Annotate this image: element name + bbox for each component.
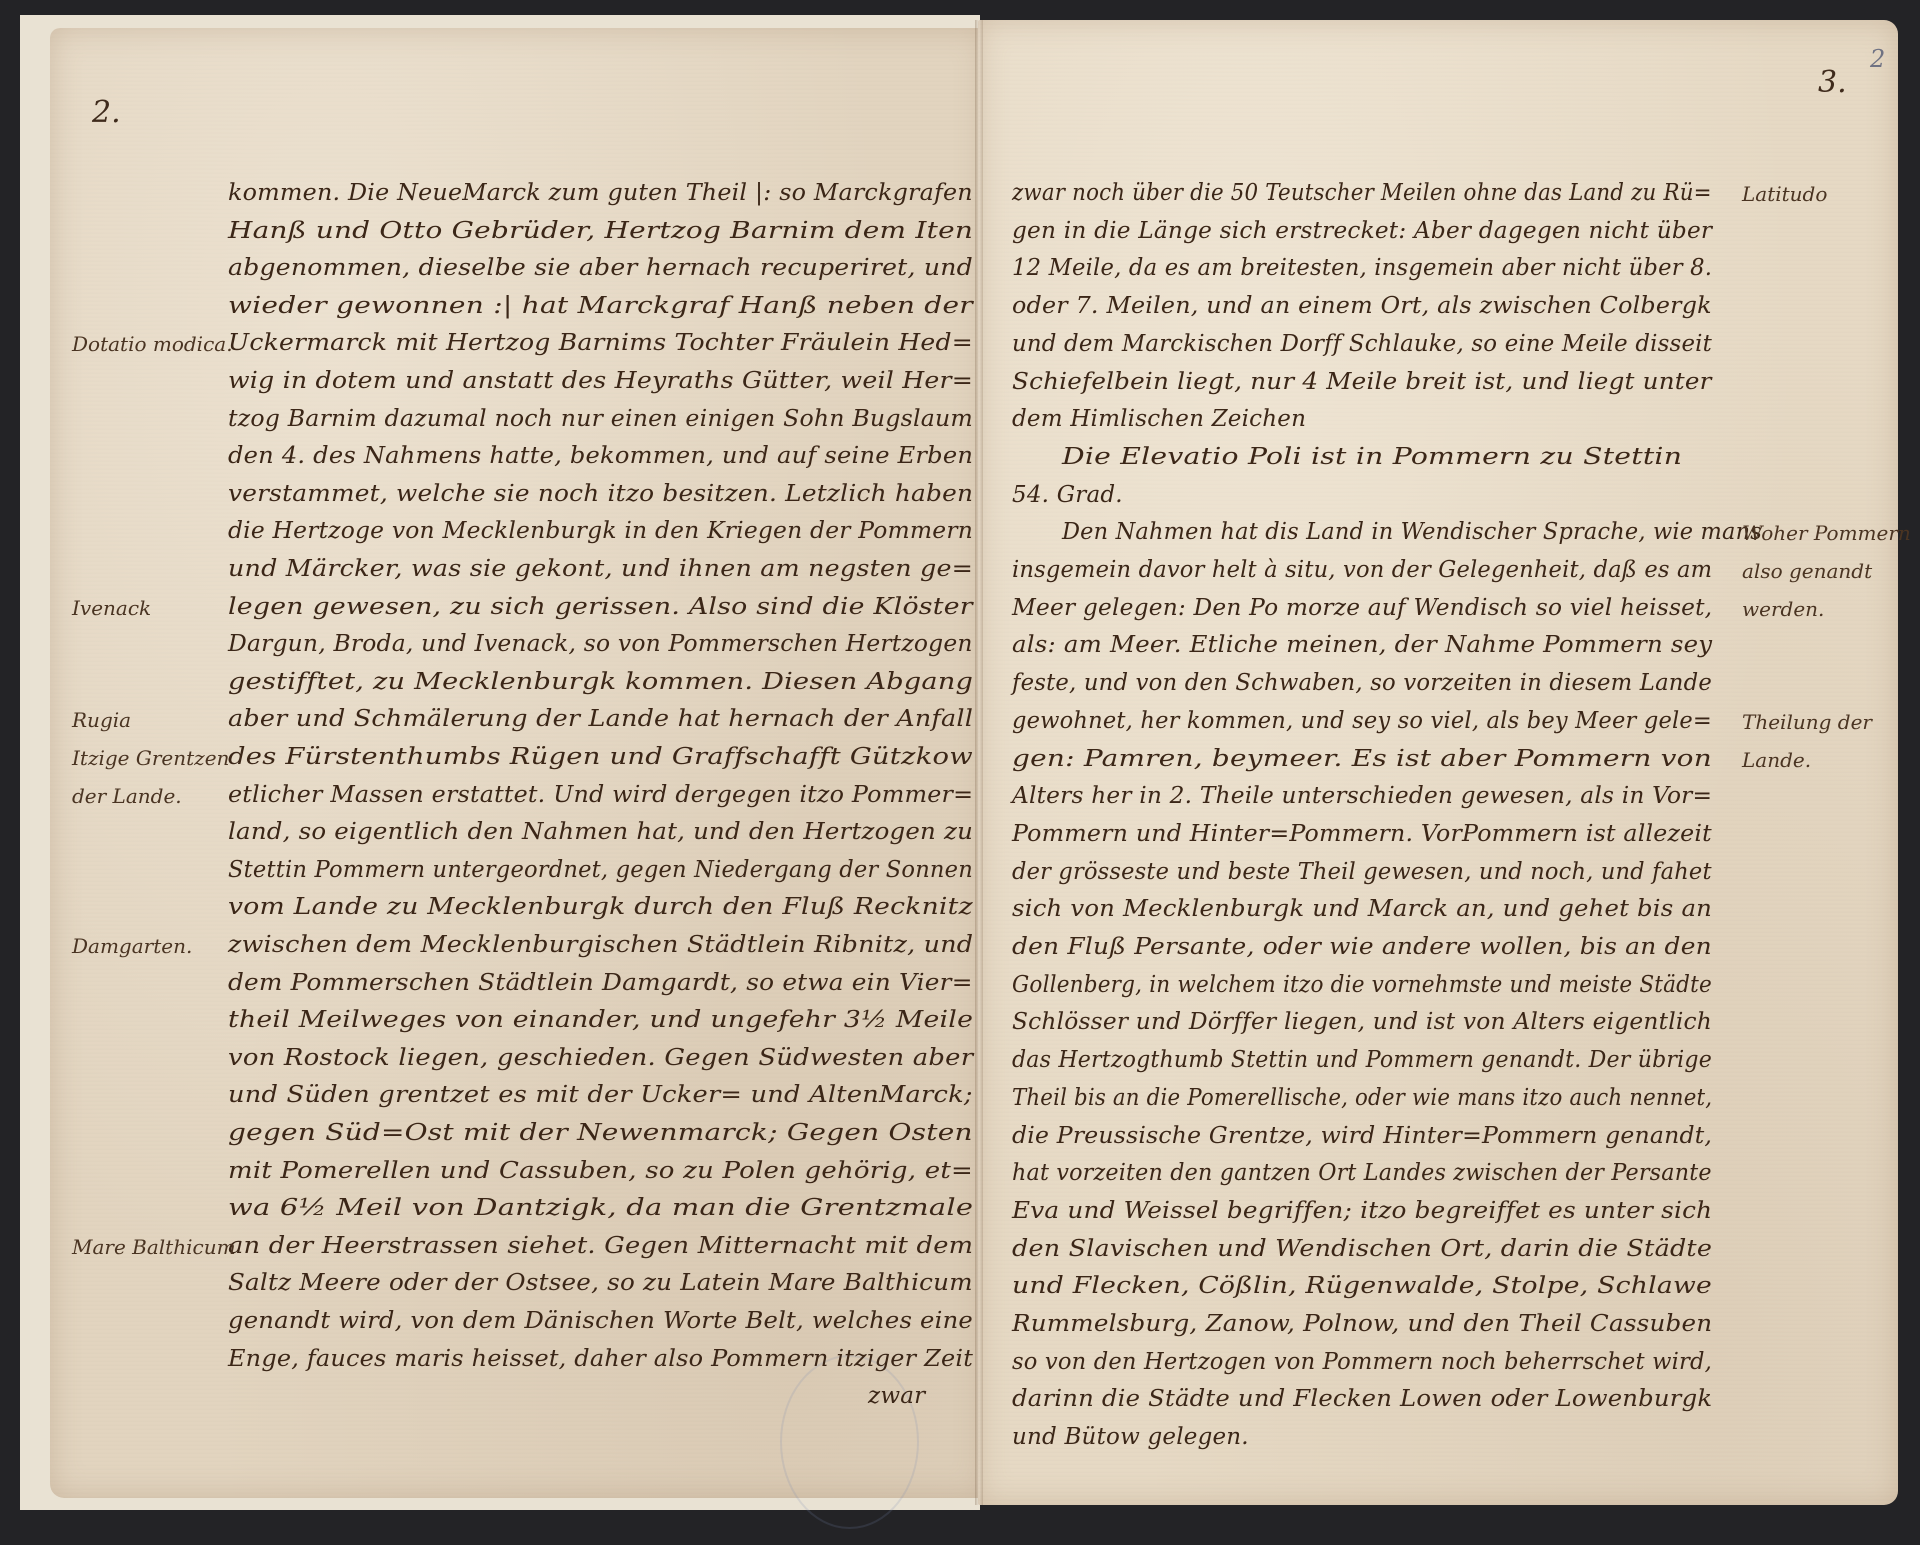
right-margin-note: Latitudo	[1742, 182, 1827, 206]
right-line: 54. Grad.	[1012, 482, 1123, 508]
left-margin-note: Ivenack	[72, 596, 151, 620]
left-line: Dargun, Broda, und Ivenack, so von Pomme…	[228, 631, 973, 657]
right-line: darinn die Städte und Flecken Lowen oder…	[1012, 1386, 1712, 1412]
left-line: und Märcker, was sie gekont, und ihnen a…	[228, 556, 973, 582]
right-line: der grösseste und beste Theil gewesen, u…	[1012, 859, 1712, 885]
left-line: gegen Süd=Ost mit der Newenmarck; Gegen …	[228, 1120, 973, 1146]
right-margin-note: Lande.	[1742, 748, 1811, 772]
right-line: dem Himlischen Zeichen	[1012, 406, 1306, 432]
right-folio-number: 3.	[1818, 65, 1847, 100]
left-line: aber und Schmälerung der Lande hat herna…	[228, 706, 973, 732]
right-line: Eva und Weissel begriffen; itzo begreiff…	[1012, 1198, 1712, 1224]
left-line: Uckermarck mit Hertzog Barnims Tochter F…	[228, 330, 973, 356]
left-line: Enge, fauces maris heisset, daher also P…	[228, 1346, 973, 1372]
right-margin-note: also genandt	[1742, 559, 1872, 583]
left-line: wig in dotem und anstatt des Heyraths Gü…	[228, 368, 973, 394]
right-line: Meer gelegen: Den Po morze auf Wendisch …	[1012, 595, 1712, 621]
left-margin-note: Dotatio modica.	[72, 332, 233, 356]
right-line: gen: Pamren, beymeer. Es ist aber Pommer…	[1012, 746, 1712, 772]
left-line: genandt wird, von dem Dänischen Worte Be…	[228, 1308, 973, 1334]
right-line: Alters her in 2. Theile unterschieden ge…	[1012, 783, 1712, 809]
left-line: wieder gewonnen :| hat Marckgraf Hanß ne…	[228, 293, 973, 319]
left-line: legen gewesen, zu sich gerissen. Also si…	[228, 594, 973, 620]
left-line: gestifftet, zu Mecklenburgk kommen. Dies…	[228, 669, 973, 695]
right-line: das Hertzogthumb Stettin und Pommern gen…	[1012, 1047, 1712, 1073]
right-line: Schiefelbein liegt, nur 4 Meile breit is…	[1012, 369, 1712, 395]
binding-gutter	[975, 20, 983, 1505]
left-line: etlicher Massen erstattet. Und wird derg…	[228, 782, 973, 808]
right-line: Gollenberg, in welchem itzo die vornehms…	[1012, 972, 1712, 998]
left-line: land, so eigentlich den Nahmen hat, und …	[228, 819, 973, 845]
right-line: Den Nahmen hat dis Land in Wendischer Sp…	[1062, 519, 1762, 545]
faint-library-stamp	[780, 1355, 919, 1529]
left-margin-note: Damgarten.	[72, 934, 192, 958]
right-line: Theil bis an die Pomerellische, oder wie…	[1012, 1085, 1712, 1111]
left-line: verstammet, welche sie noch itzo besitze…	[228, 481, 973, 507]
left-margin-note: Mare Balthicum	[72, 1235, 236, 1259]
right-line: den Slavischen und Wendischen Ort, darin…	[1012, 1236, 1712, 1262]
right-line: Die Elevatio Poli ist in Pommern zu Stet…	[1062, 444, 1682, 470]
left-line: mit Pomerellen und Cassuben, so zu Polen…	[228, 1158, 973, 1184]
right-margin-note: Theilung der	[1742, 710, 1872, 734]
right-line: und Bütow gelegen.	[1012, 1424, 1249, 1450]
archive-pencil-number: 2	[1870, 45, 1885, 73]
left-line: zwar	[868, 1383, 925, 1409]
left-line: zwischen dem Mecklenburgischen Städtlein…	[228, 932, 973, 958]
left-line: Hanß und Otto Gebrüder, Hertzog Barnim d…	[228, 218, 973, 244]
right-line: sich von Mecklenburgk und Marck an, und …	[1012, 896, 1712, 922]
left-margin-note: Itzige Grentzen	[72, 746, 229, 770]
right-line: und dem Marckischen Dorff Schlauke, so e…	[1012, 331, 1712, 357]
left-line: die Hertzoge von Mecklenburgk in den Kri…	[228, 518, 973, 544]
right-margin-note: werden.	[1742, 597, 1824, 621]
left-line: wa 6½ Meil von Dantzigk, da man die Gren…	[228, 1195, 973, 1221]
right-line: gewohnet, her kommen, und sey so viel, a…	[1012, 708, 1712, 734]
left-line: dem Pommerschen Städtlein Damgardt, so e…	[228, 970, 973, 996]
right-line: oder 7. Meilen, und an einem Ort, als zw…	[1012, 293, 1712, 319]
right-margin-note: Woher Pommern	[1742, 521, 1911, 545]
right-line: hat vorzeiten den gantzen Ort Landes zwi…	[1012, 1160, 1712, 1186]
right-line: und Flecken, Cößlin, Rügenwalde, Stolpe,…	[1012, 1273, 1712, 1299]
right-line: Schlösser und Dörffer liegen, und ist vo…	[1012, 1009, 1712, 1035]
right-line: gen in die Länge sich erstrecket: Aber d…	[1012, 218, 1712, 244]
left-line: abgenommen, dieselbe sie aber hernach re…	[228, 255, 973, 281]
left-line: kommen. Die NeueMarck zum guten Theil |:…	[228, 180, 973, 206]
left-margin-note: der Lande.	[72, 784, 182, 808]
right-line: feste, und von den Schwaben, so vorzeite…	[1012, 670, 1712, 696]
left-line: theil Meilweges von einander, und ungefe…	[228, 1007, 973, 1033]
left-line: des Fürstenthumbs Rügen und Graffschafft…	[228, 744, 973, 770]
right-line: den Fluß Persante, oder wie andere wolle…	[1012, 934, 1712, 960]
right-line: zwar noch über die 50 Teutscher Meilen o…	[1012, 180, 1712, 206]
right-line: insgemein davor helt à situ, von der Gel…	[1012, 557, 1712, 583]
right-line: die Preussische Grentze, wird Hinter=Pom…	[1012, 1123, 1712, 1149]
left-line: von Rostock liegen, geschieden. Gegen Sü…	[228, 1045, 973, 1071]
right-line: Rummelsburg, Zanow, Polnow, und den Thei…	[1012, 1311, 1712, 1337]
left-line: den 4. des Nahmens hatte, bekommen, und …	[228, 443, 973, 469]
left-line: tzog Barnim dazumal noch nur einen einig…	[228, 406, 973, 432]
left-line: vom Lande zu Mecklenburgk durch den Fluß…	[228, 894, 973, 920]
left-line: Stettin Pommern untergeordnet, gegen Nie…	[228, 857, 973, 883]
left-line: Saltz Meere oder der Ostsee, so zu Latei…	[228, 1270, 973, 1296]
right-line: als: am Meer. Etliche meinen, der Nahme …	[1012, 632, 1712, 658]
left-margin-note: Rugia	[72, 708, 131, 732]
left-line: und Süden grentzet es mit der Ucker= und…	[228, 1082, 973, 1108]
left-folio-number: 2.	[92, 95, 121, 130]
right-line: so von den Hertzogen von Pommern noch be…	[1012, 1349, 1712, 1375]
right-line: Pommern und Hinter=Pommern. VorPommern i…	[1012, 821, 1712, 847]
left-line: an der Heerstrassen siehet. Gegen Mitter…	[228, 1233, 973, 1259]
right-line: 12 Meile, da es am breitesten, insgemein…	[1012, 255, 1712, 281]
